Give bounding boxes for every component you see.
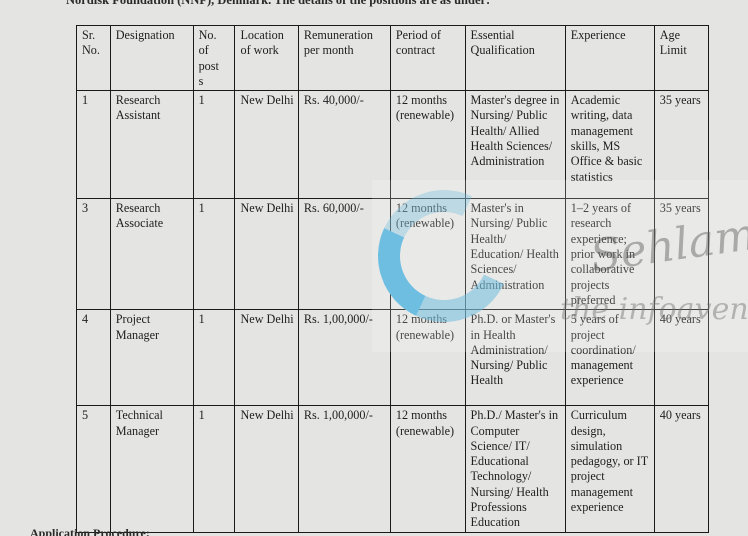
- cell-location: New Delhi: [235, 406, 298, 532]
- header-experience: Experience: [565, 26, 654, 91]
- cell-posts: 1: [193, 199, 235, 310]
- table-row: 5 Technical Manager 1 New Delhi Rs. 1,00…: [77, 406, 709, 532]
- header-line: Experience: [571, 28, 651, 43]
- header-line: of work: [240, 43, 294, 58]
- cell-location: New Delhi: [235, 199, 298, 310]
- cell-period: 12 months (renewable): [390, 199, 465, 310]
- table-row: 4 Project Manager 1 New Delhi Rs. 1,00,0…: [77, 310, 709, 406]
- table-header-row: Sr.No. Designation No.ofposts Locationof…: [77, 26, 709, 91]
- header-line: No.: [199, 28, 232, 43]
- following-text-fragment: Application Procedure:: [30, 526, 150, 536]
- header-line: Age: [660, 28, 705, 43]
- header-line: Sr.: [82, 28, 107, 43]
- header-line: s: [199, 74, 232, 89]
- cell-period: 12 months (renewable): [390, 406, 465, 532]
- cell-posts: 1: [193, 91, 235, 199]
- cell-period: 12 months (renewable): [390, 310, 465, 406]
- cell-sr-no: 4: [77, 310, 111, 406]
- header-line: No.: [82, 43, 107, 58]
- cell-remuneration: Rs. 60,000/-: [298, 199, 390, 310]
- cell-experience: Curriculum design, simulation pedagogy, …: [565, 406, 654, 532]
- cell-designation: Project Manager: [110, 310, 193, 406]
- cell-age-limit: 40 years: [654, 406, 708, 532]
- cell-designation: Technical Manager: [110, 406, 193, 532]
- cell-posts: 1: [193, 406, 235, 532]
- cell-qualification: Ph.D./ Master's in Computer Science/ IT/…: [465, 406, 565, 532]
- cell-experience: Academic writing, data management skills…: [565, 91, 654, 199]
- cell-designation: Research Assistant: [110, 91, 193, 199]
- header-location: Locationof work: [235, 26, 298, 91]
- table-row: 1 Research Assistant 1 New Delhi Rs. 40,…: [77, 91, 709, 199]
- table-row: 3 Research Associate 1 New Delhi Rs. 60,…: [77, 199, 709, 310]
- intro-text-fragment: Nordisk Foundation (NNF), Denmark. The d…: [66, 0, 490, 8]
- header-line: Designation: [116, 28, 190, 43]
- header-line: contract: [396, 43, 462, 58]
- header-line: Location: [240, 28, 294, 43]
- cell-location: New Delhi: [235, 310, 298, 406]
- header-line: post: [199, 59, 232, 74]
- cell-age-limit: 35 years: [654, 91, 708, 199]
- cell-qualification: Master's in Nursing/ Public Health/ Educ…: [465, 199, 565, 310]
- cell-period: 12 months (renewable): [390, 91, 465, 199]
- header-sr-no: Sr.No.: [77, 26, 111, 91]
- cell-experience: 5 years of project coordination/ managem…: [565, 310, 654, 406]
- positions-table: Sr.No. Designation No.ofposts Locationof…: [76, 25, 709, 533]
- cell-posts: 1: [193, 310, 235, 406]
- header-line: per month: [304, 43, 387, 58]
- cell-location: New Delhi: [235, 91, 298, 199]
- header-line: Limit: [660, 43, 705, 58]
- header-remuneration: Remunerationper month: [298, 26, 390, 91]
- header-no-of-posts: No.ofposts: [193, 26, 235, 91]
- header-line: of: [199, 43, 232, 58]
- cell-age-limit: 40 years: [654, 310, 708, 406]
- header-qualification: EssentialQualification: [465, 26, 565, 91]
- header-age-limit: AgeLimit: [654, 26, 708, 91]
- header-line: Qualification: [471, 43, 562, 58]
- header-line: Essential: [471, 28, 562, 43]
- header-line: Remuneration: [304, 28, 387, 43]
- cell-sr-no: 1: [77, 91, 111, 199]
- cell-age-limit: 35 years: [654, 199, 708, 310]
- cell-remuneration: Rs. 1,00,000/-: [298, 310, 390, 406]
- cell-sr-no: 3: [77, 199, 111, 310]
- cell-remuneration: Rs. 1,00,000/-: [298, 406, 390, 532]
- header-designation: Designation: [110, 26, 193, 91]
- cell-qualification: Ph.D. or Master's in Health Administrati…: [465, 310, 565, 406]
- header-line: Period of: [396, 28, 462, 43]
- cell-designation: Research Associate: [110, 199, 193, 310]
- cell-sr-no: 5: [77, 406, 111, 532]
- header-period: Period ofcontract: [390, 26, 465, 91]
- cell-remuneration: Rs. 40,000/-: [298, 91, 390, 199]
- cell-experience: 1–2 years of research experience; prior …: [565, 199, 654, 310]
- cell-qualification: Master's degree in Nursing/ Public Healt…: [465, 91, 565, 199]
